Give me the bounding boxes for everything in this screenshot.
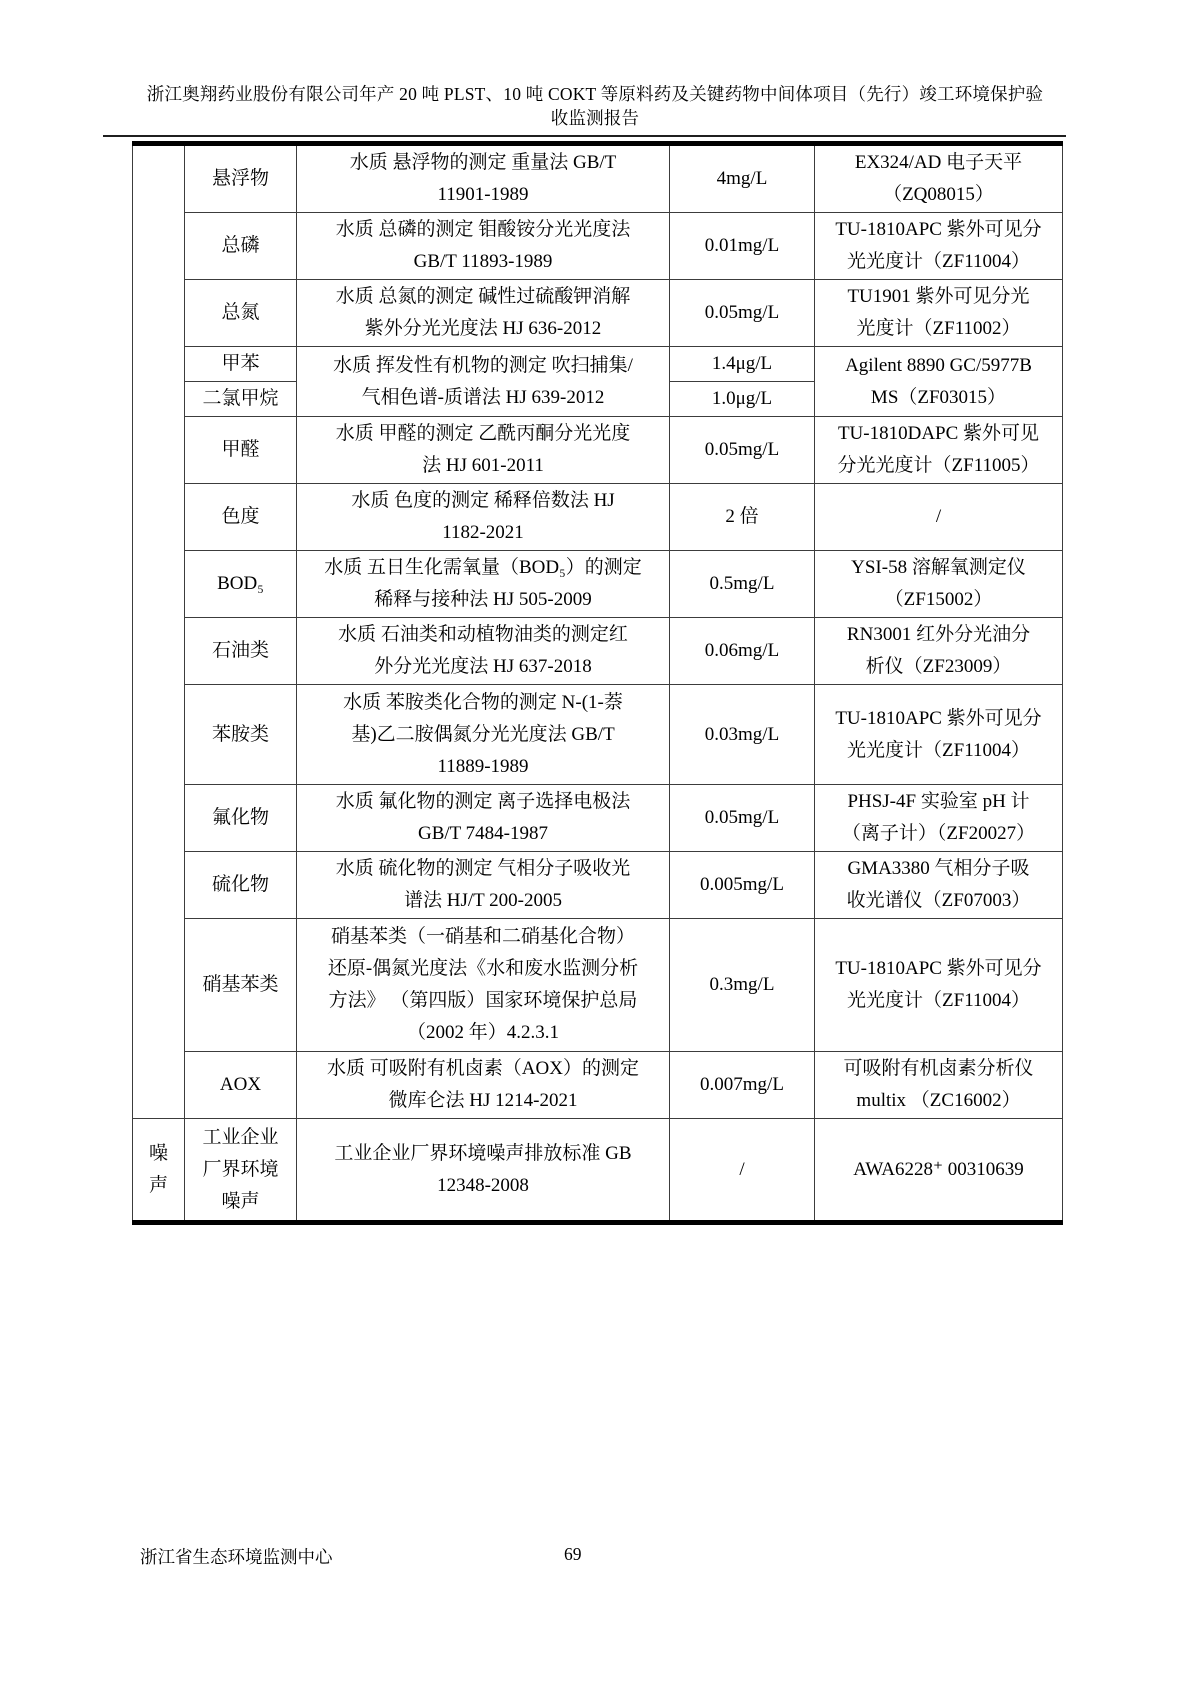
cell-instrument: YSI-58 溶解氧测定仪 （ZF15002） (815, 551, 1063, 618)
cell-parameter: 苯胺类 (185, 685, 297, 785)
cell-method: 水质 挥发性有机物的测定 吹扫捕集/ 气相色谱-质谱法 HJ 639-2012 (297, 347, 670, 417)
cell-limit: 0.5mg/L (670, 551, 815, 618)
cell-instrument: PHSJ-4F 实验室 pH 计 （离子计）（ZF20027） (815, 785, 1063, 852)
cell-instrument: TU1901 紫外可见分光 光度计（ZF11002） (815, 280, 1063, 347)
cell-instrument: AWA6228⁺ 00310639 (815, 1119, 1063, 1223)
cell-limit: 0.01mg/L (670, 213, 815, 280)
cell-instrument: 可吸附有机卤素分析仪 multix （ZC16002） (815, 1052, 1063, 1119)
cell-method: 硝基苯类（一硝基和二硝基化合物） 还原-偶氮光度法《水和废水监测分析 方法》 （… (297, 919, 670, 1052)
table-row: 硫化物 水质 硫化物的测定 气相分子吸收光 谱法 HJ/T 200-2005 0… (133, 852, 1063, 919)
table-row: 甲醛 水质 甲醛的测定 乙酰丙酮分光光度 法 HJ 601-2011 0.05m… (133, 417, 1063, 484)
header-line-2: 收监测报告 (111, 106, 1079, 130)
cell-limit: 0.05mg/L (670, 785, 815, 852)
cell-limit: 1.0μg/L (670, 382, 815, 417)
table-row: 硝基苯类 硝基苯类（一硝基和二硝基化合物） 还原-偶氮光度法《水和废水监测分析 … (133, 919, 1063, 1052)
cell-method: 水质 氟化物的测定 离子选择电极法 GB/T 7484-1987 (297, 785, 670, 852)
cell-limit: 0.3mg/L (670, 919, 815, 1052)
cell-method: 水质 总氮的测定 碱性过硫酸钾消解 紫外分光光度法 HJ 636-2012 (297, 280, 670, 347)
cell-parameter: 硫化物 (185, 852, 297, 919)
cell-category-noise: 噪 声 (133, 1119, 185, 1223)
cell-method: 水质 苯胺类化合物的测定 N-(1-萘 基)乙二胺偶氮分光光度法 GB/T 11… (297, 685, 670, 785)
cell-method: 水质 五日生化需氧量（BOD₅）的测定 稀释与接种法 HJ 505-2009 (297, 551, 670, 618)
table-row: 总磷 水质 总磷的测定 钼酸铵分光光度法 GB/T 11893-1989 0.0… (133, 213, 1063, 280)
header-line-1: 浙江奥翔药业股份有限公司年产 20 吨 PLST、10 吨 COKT 等原料药及… (111, 82, 1079, 106)
cell-instrument: TU-1810DAPC 紫外可见 分光光度计（ZF11005） (815, 417, 1063, 484)
cell-instrument: TU-1810APC 紫外可见分 光光度计（ZF11004） (815, 919, 1063, 1052)
cell-method: 水质 石油类和动植物油类的测定红 外分光光度法 HJ 637-2018 (297, 618, 670, 685)
cell-method: 水质 悬浮物的测定 重量法 GB/T 11901-1989 (297, 144, 670, 213)
cell-method: 水质 可吸附有机卤素（AOX）的测定 微库仑法 HJ 1214-2021 (297, 1052, 670, 1119)
table-row: AOX 水质 可吸附有机卤素（AOX）的测定 微库仑法 HJ 1214-2021… (133, 1052, 1063, 1119)
cell-instrument: EX324/AD 电子天平 （ZQ08015） (815, 144, 1063, 213)
cell-limit: 0.005mg/L (670, 852, 815, 919)
footer-organization: 浙江省生态环境监测中心 (140, 1544, 333, 1569)
cell-method: 水质 总磷的测定 钼酸铵分光光度法 GB/T 11893-1989 (297, 213, 670, 280)
cell-limit: 0.05mg/L (670, 417, 815, 484)
cell-parameter: BOD₅ (185, 551, 297, 618)
cell-parameter: 甲苯 (185, 347, 297, 382)
cell-limit: 0.06mg/L (670, 618, 815, 685)
table-row: 总氮 水质 总氮的测定 碱性过硫酸钾消解 紫外分光光度法 HJ 636-2012… (133, 280, 1063, 347)
cell-instrument: TU-1810APC 紫外可见分 光光度计（ZF11004） (815, 213, 1063, 280)
cell-parameter: 悬浮物 (185, 144, 297, 213)
cell-parameter: 色度 (185, 484, 297, 551)
cell-parameter: 甲醛 (185, 417, 297, 484)
cell-limit: 0.05mg/L (670, 280, 815, 347)
cell-limit: 1.4μg/L (670, 347, 815, 382)
page-header: 浙江奥翔药业股份有限公司年产 20 吨 PLST、10 吨 COKT 等原料药及… (111, 82, 1079, 130)
cell-parameter: 硝基苯类 (185, 919, 297, 1052)
cell-method: 水质 硫化物的测定 气相分子吸收光 谱法 HJ/T 200-2005 (297, 852, 670, 919)
table-row: 甲苯 水质 挥发性有机物的测定 吹扫捕集/ 气相色谱-质谱法 HJ 639-20… (133, 347, 1063, 382)
cell-method: 水质 甲醛的测定 乙酰丙酮分光光度 法 HJ 601-2011 (297, 417, 670, 484)
table-row: 噪 声 工业企业 厂界环境 噪声 工业企业厂界环境噪声排放标准 GB 12348… (133, 1119, 1063, 1223)
table-row: 色度 水质 色度的测定 稀释倍数法 HJ 1182-2021 2 倍 / (133, 484, 1063, 551)
table-row: 石油类 水质 石油类和动植物油类的测定红 外分光光度法 HJ 637-2018 … (133, 618, 1063, 685)
cell-limit: 2 倍 (670, 484, 815, 551)
cell-instrument: GMA3380 气相分子吸 收光谱仪（ZF07003） (815, 852, 1063, 919)
cell-limit: 0.007mg/L (670, 1052, 815, 1119)
cell-category-wastewater (133, 144, 185, 1119)
cell-parameter: 工业企业 厂界环境 噪声 (185, 1119, 297, 1223)
cell-parameter: AOX (185, 1052, 297, 1119)
cell-limit: / (670, 1119, 815, 1223)
cell-instrument: Agilent 8890 GC/5977B MS（ZF03015） (815, 347, 1063, 417)
table-row: BOD₅ 水质 五日生化需氧量（BOD₅）的测定 稀释与接种法 HJ 505-2… (133, 551, 1063, 618)
table-row: 氟化物 水质 氟化物的测定 离子选择电极法 GB/T 7484-1987 0.0… (133, 785, 1063, 852)
monitoring-methods-table: 悬浮物 水质 悬浮物的测定 重量法 GB/T 11901-1989 4mg/L … (132, 141, 1063, 1225)
cell-instrument: / (815, 484, 1063, 551)
cell-parameter: 氟化物 (185, 785, 297, 852)
cell-parameter: 总氮 (185, 280, 297, 347)
table-row: 悬浮物 水质 悬浮物的测定 重量法 GB/T 11901-1989 4mg/L … (133, 144, 1063, 213)
cell-limit: 0.03mg/L (670, 685, 815, 785)
cell-limit: 4mg/L (670, 144, 815, 213)
cell-method: 水质 色度的测定 稀释倍数法 HJ 1182-2021 (297, 484, 670, 551)
cell-parameter: 总磷 (185, 213, 297, 280)
cell-parameter: 二氯甲烷 (185, 382, 297, 417)
cell-parameter: 石油类 (185, 618, 297, 685)
cell-instrument: RN3001 红外分光油分 析仪（ZF23009） (815, 618, 1063, 685)
table-row: 苯胺类 水质 苯胺类化合物的测定 N-(1-萘 基)乙二胺偶氮分光光度法 GB/… (133, 685, 1063, 785)
header-rule (103, 135, 1066, 137)
cell-instrument: TU-1810APC 紫外可见分 光光度计（ZF11004） (815, 685, 1063, 785)
footer-page-number: 69 (564, 1544, 582, 1565)
cell-method: 工业企业厂界环境噪声排放标准 GB 12348-2008 (297, 1119, 670, 1223)
